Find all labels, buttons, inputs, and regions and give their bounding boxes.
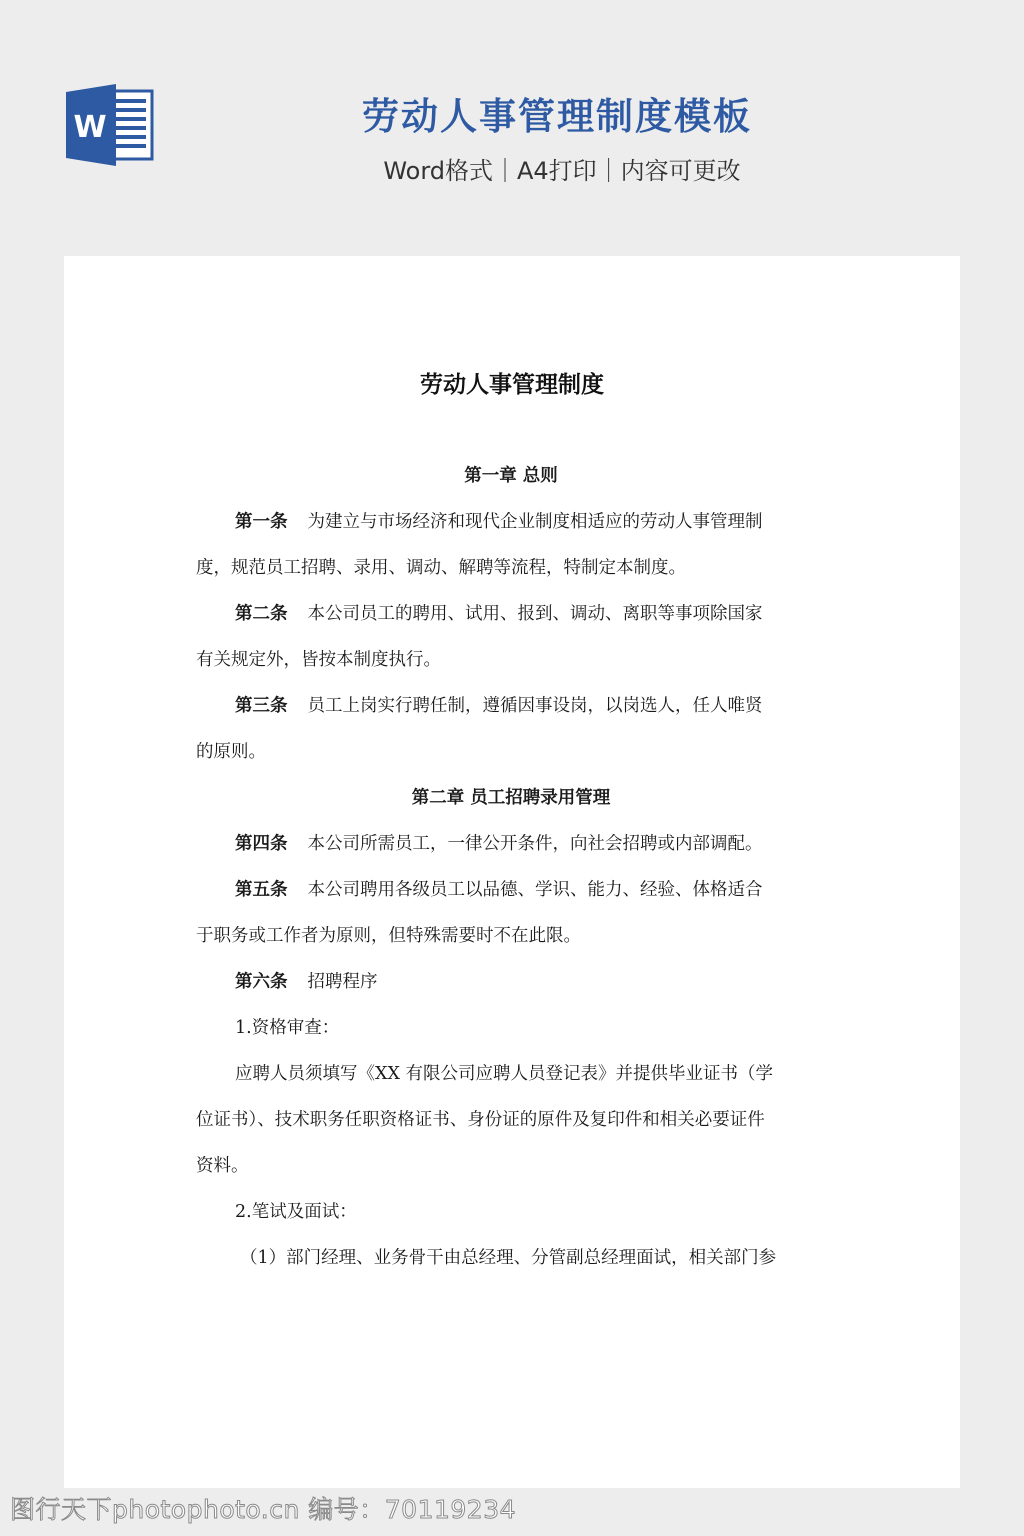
article-text: 为建立与市场经济和现代企业制度相适应的劳动人事管理制 (308, 512, 763, 532)
article-label: 第六条 (235, 972, 288, 992)
article-label: 第一条 (235, 512, 288, 532)
item-2-text: （1）部门经理、业务骨干由总经理、分管副总经理面试，相关部门参 (196, 1242, 836, 1288)
chapter-heading: 第一章 总则 (196, 460, 836, 506)
item-1-continuation: 位证书）、技术职务任职资格证书、身份证的原件及复印件和相关必要证件 (196, 1104, 836, 1150)
item-2-heading: 2.笔试及面试： (196, 1196, 836, 1242)
article-label: 第四条 (235, 834, 288, 854)
article-3-continuation: 的原则。 (196, 736, 836, 782)
article-text: 本公司聘用各级员工以品德、学识、能力、经验、体格适合 (308, 880, 763, 900)
chapter-heading: 第二章 员工招聘录用管理 (196, 782, 836, 828)
watermark-text: 图行天下photophoto.cn 编号：70119234 (10, 1493, 516, 1527)
article-label: 第五条 (235, 880, 288, 900)
template-subtitle: Word格式｜A4打印｜内容可更改 (0, 154, 1024, 188)
article-label: 第二条 (235, 604, 288, 624)
article-1: 第一条为建立与市场经济和现代企业制度相适应的劳动人事管理制 (196, 506, 836, 552)
article-2: 第二条本公司员工的聘用、试用、报到、调动、离职等事项除国家 (196, 598, 836, 644)
item-1-continuation: 资料。 (196, 1150, 836, 1196)
article-2-continuation: 有关规定外，皆按本制度执行。 (196, 644, 836, 690)
article-6: 第六条招聘程序 (196, 966, 836, 1012)
document-title: 劳动人事管理制度 (64, 368, 960, 402)
article-5-continuation: 于职务或工作者为原则，但特殊需要时不在此限。 (196, 920, 836, 966)
item-1-text: 应聘人员须填写《XX 有限公司应聘人员登记表》并提供毕业证书（学 (196, 1058, 836, 1104)
article-text: 本公司员工的聘用、试用、报到、调动、离职等事项除国家 (308, 604, 763, 624)
template-title: 劳动人事管理制度模板 (0, 94, 1024, 140)
article-text: 员工上岗实行聘任制，遵循因事设岗，以岗选人，任人唯贤 (308, 696, 763, 716)
template-header: W 劳动人事管理制度模板 Word格式｜A4打印｜内容可更改 (0, 0, 1024, 256)
article-text: 本公司所需员工，一律公开条件，向社会招聘或内部调配。 (308, 834, 763, 854)
article-5: 第五条本公司聘用各级员工以品德、学识、能力、经验、体格适合 (196, 874, 836, 920)
article-text: 招聘程序 (308, 972, 378, 992)
article-label: 第三条 (235, 696, 288, 716)
item-1-heading: 1.资格审查： (196, 1012, 836, 1058)
article-1-continuation: 度，规范员工招聘、录用、调动、解聘等流程，特制定本制度。 (196, 552, 836, 598)
document-body: 第一章 总则 第一条为建立与市场经济和现代企业制度相适应的劳动人事管理制 度，规… (196, 460, 836, 1288)
article-4: 第四条本公司所需员工，一律公开条件，向社会招聘或内部调配。 (196, 828, 836, 874)
article-3: 第三条员工上岗实行聘任制，遵循因事设岗，以岗选人，任人唯贤 (196, 690, 836, 736)
